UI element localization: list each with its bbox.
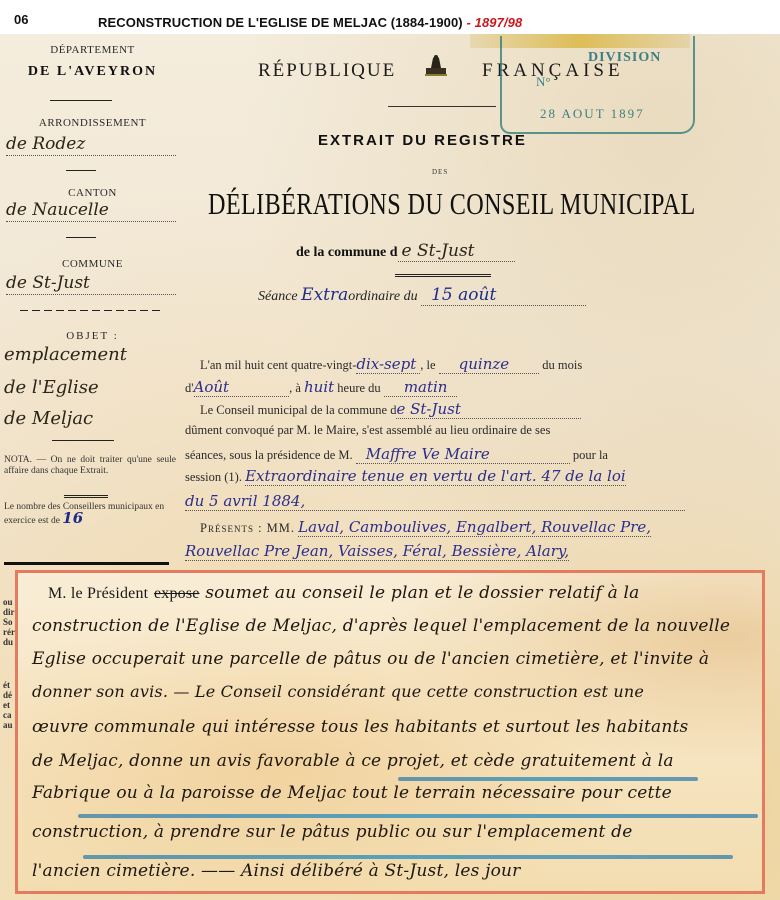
seance-date: 15 août <box>421 285 586 306</box>
text: Le Conseil municipal de la commune d <box>200 403 396 417</box>
handwritten-day: quinze <box>439 355 540 374</box>
ornament-divider <box>388 106 496 112</box>
preamble-line-2: d'Août, à huit heure du matin <box>185 378 457 397</box>
divider <box>66 170 96 171</box>
nombre-value: 16 <box>62 509 83 527</box>
text: et <box>3 700 13 710</box>
text: du <box>3 637 15 647</box>
objet-line-3: de Meljac <box>4 408 93 429</box>
title-text: RECONSTRUCTION DE L'EGLISE DE MELJAC (18… <box>98 15 463 30</box>
arrondissement-value: de Rodez <box>6 134 176 156</box>
double-rule <box>395 274 491 277</box>
stamp-division: DIVISION <box>588 50 661 66</box>
stamp-number: N° <box>536 74 551 90</box>
objet-line-2: de l'Eglise <box>4 377 99 398</box>
text: d' <box>185 381 194 395</box>
blue-underline <box>83 855 733 859</box>
commune-label: COMMUNE <box>0 258 185 270</box>
text: ca <box>3 710 13 720</box>
text: pour la <box>573 448 608 462</box>
canton-label: CANTON <box>0 187 185 199</box>
section-divider <box>4 562 169 565</box>
presents-line-1: Présents : MM. Laval, Camboulives, Engal… <box>200 518 651 537</box>
commune-line: de la commune de St-Just <box>296 241 515 261</box>
handwritten-time: matin <box>384 378 458 397</box>
highlighted-deliberation: M. le Président expose soumet au conseil… <box>15 570 765 894</box>
president-label: M. le Président <box>48 585 148 602</box>
reception-stamp: DIVISION N° 28 AOUT 1897 <box>500 36 695 134</box>
text: du mois <box>542 358 582 372</box>
deliberation-line-1: M. le Président expose soumet au conseil… <box>48 583 640 603</box>
text: séances, sous la présidence de M. <box>185 448 353 462</box>
presents-line-2: Rouvellac Pre Jean, Vaisses, Féral, Bess… <box>185 542 569 561</box>
text: , le <box>420 358 435 372</box>
commune-handwritten: e St-Just <box>398 241 515 262</box>
deliberation-line-6: de Meljac, donne un avis favorable à ce … <box>32 751 674 771</box>
text: au <box>3 720 13 730</box>
text: , à <box>289 381 301 395</box>
text: L'an mil huit cent quatre-vingt- <box>200 358 356 372</box>
text: rér <box>3 627 15 637</box>
deliberation-line-3: Eglise occuperait une parcelle de pâtus … <box>32 649 709 669</box>
handwritten-year: dix-sept <box>356 355 420 374</box>
departement-label: DÉPARTEMENT <box>0 44 185 56</box>
republic-emblem-icon <box>423 52 449 78</box>
divider <box>66 237 96 238</box>
preamble-line-4: dûment convoqué par M. le Maire, s'est a… <box>185 423 550 438</box>
handwritten-president: Maffre Ve Maire <box>356 445 570 464</box>
margin-fragment-1: ou dir So rér du <box>3 597 15 647</box>
deliberation-line-8: construction, à prendre sur le pâtus pub… <box>32 822 633 842</box>
deliberation-line-7: Fabrique ou à la paroisse de Meljac tout… <box>32 783 672 803</box>
document-title: RECONSTRUCTION DE L'EGLISE DE MELJAC (18… <box>98 15 522 30</box>
preamble-line-5: séances, sous la présidence de M. Maffre… <box>185 445 608 464</box>
preamble-line-7: du 5 avril 1884, <box>185 492 685 511</box>
canton-value: de Naucelle <box>6 200 176 222</box>
arrondissement-label: ARRONDISSEMENT <box>0 117 185 129</box>
text: dé <box>3 690 13 700</box>
objet-label: OBJET : <box>0 330 185 342</box>
page-number: 06 <box>14 12 28 27</box>
deliberations-heading: DÉLIBÉRATIONS DU CONSEIL MUNICIPAL <box>208 186 696 222</box>
seance-suffix: ordinaire du <box>348 289 417 304</box>
republique-text: RÉPUBLIQUE <box>258 60 396 82</box>
text: session (1). <box>185 470 242 484</box>
handwritten-month: Août <box>194 378 290 397</box>
seance-type: Extra <box>301 285 348 305</box>
preamble-line-1: L'an mil huit cent quatre-vingt-dix-sept… <box>200 355 582 374</box>
title-year: 1897/98 <box>475 15 523 30</box>
preamble-line-3: Le Conseil municipal de la commune de St… <box>200 400 581 419</box>
presents-label: Présents : MM. <box>200 521 295 535</box>
page-header: 06 RECONSTRUCTION DE L'EGLISE DE MELJAC … <box>0 0 780 34</box>
commune-value: de St-Just <box>6 273 176 295</box>
presents-names-2: Rouvellac Pre Jean, Vaisses, Féral, Bess… <box>185 542 569 561</box>
objet-line-1: emplacement <box>4 344 127 365</box>
deliberation-line-2: construction de l'Eglise de Meljac, d'ap… <box>32 616 730 636</box>
departement-value: DE L'AVEYRON <box>0 64 185 80</box>
divider <box>50 100 112 101</box>
divider <box>52 440 114 441</box>
handwritten-loi-date: du 5 avril 1884, <box>185 492 685 511</box>
text: ou <box>3 597 15 607</box>
text: dir <box>3 607 15 617</box>
divider <box>20 310 160 311</box>
handwritten-session: Extraordinaire tenue en vertu de l'art. … <box>245 467 626 486</box>
blue-underline <box>78 814 758 818</box>
des-text: DES <box>432 168 448 176</box>
text: heure du <box>337 381 380 395</box>
text: So <box>3 617 15 627</box>
text: ét <box>3 680 13 690</box>
extrait-heading: EXTRAIT DU REGISTRE <box>318 132 527 149</box>
nombre-text: Le nombre des Conseillers municipaux en … <box>4 502 164 526</box>
seance-prefix: Séance <box>258 289 298 304</box>
presents-names-1: Laval, Camboulives, Engalbert, Rouvellac… <box>298 518 651 537</box>
divider <box>64 495 108 498</box>
handwritten-hour: huit <box>304 378 334 396</box>
preamble-line-6: session (1). Extraordinaire tenue en ver… <box>185 467 626 486</box>
title-separator: - <box>463 15 475 30</box>
text: soumet au conseil le plan et le dossier … <box>205 583 639 603</box>
seance-line: Séance Extraordinaire du 15 août <box>258 285 586 306</box>
stamp-date: 28 AOUT 1897 <box>540 106 645 122</box>
nombre-conseillers: Le nombre des Conseillers municipaux en … <box>4 502 176 527</box>
commune-prefix: de la commune d <box>296 245 398 260</box>
struck-word: expose <box>154 585 200 602</box>
deliberation-line-4: donner son avis. — Le Conseil considéran… <box>32 682 644 701</box>
blue-underline <box>398 777 698 781</box>
margin-fragment-2: ét dé et ca au <box>3 680 13 730</box>
handwritten-commune: e St-Just <box>396 400 580 419</box>
deliberation-line-9: l'ancien cimetière. —— Ainsi délibéré à … <box>32 861 521 881</box>
nota-text: NOTA. — On ne doit traiter qu'une seule … <box>4 455 176 476</box>
deliberation-line-5: œuvre communale qui intéresse tous les h… <box>32 717 688 737</box>
